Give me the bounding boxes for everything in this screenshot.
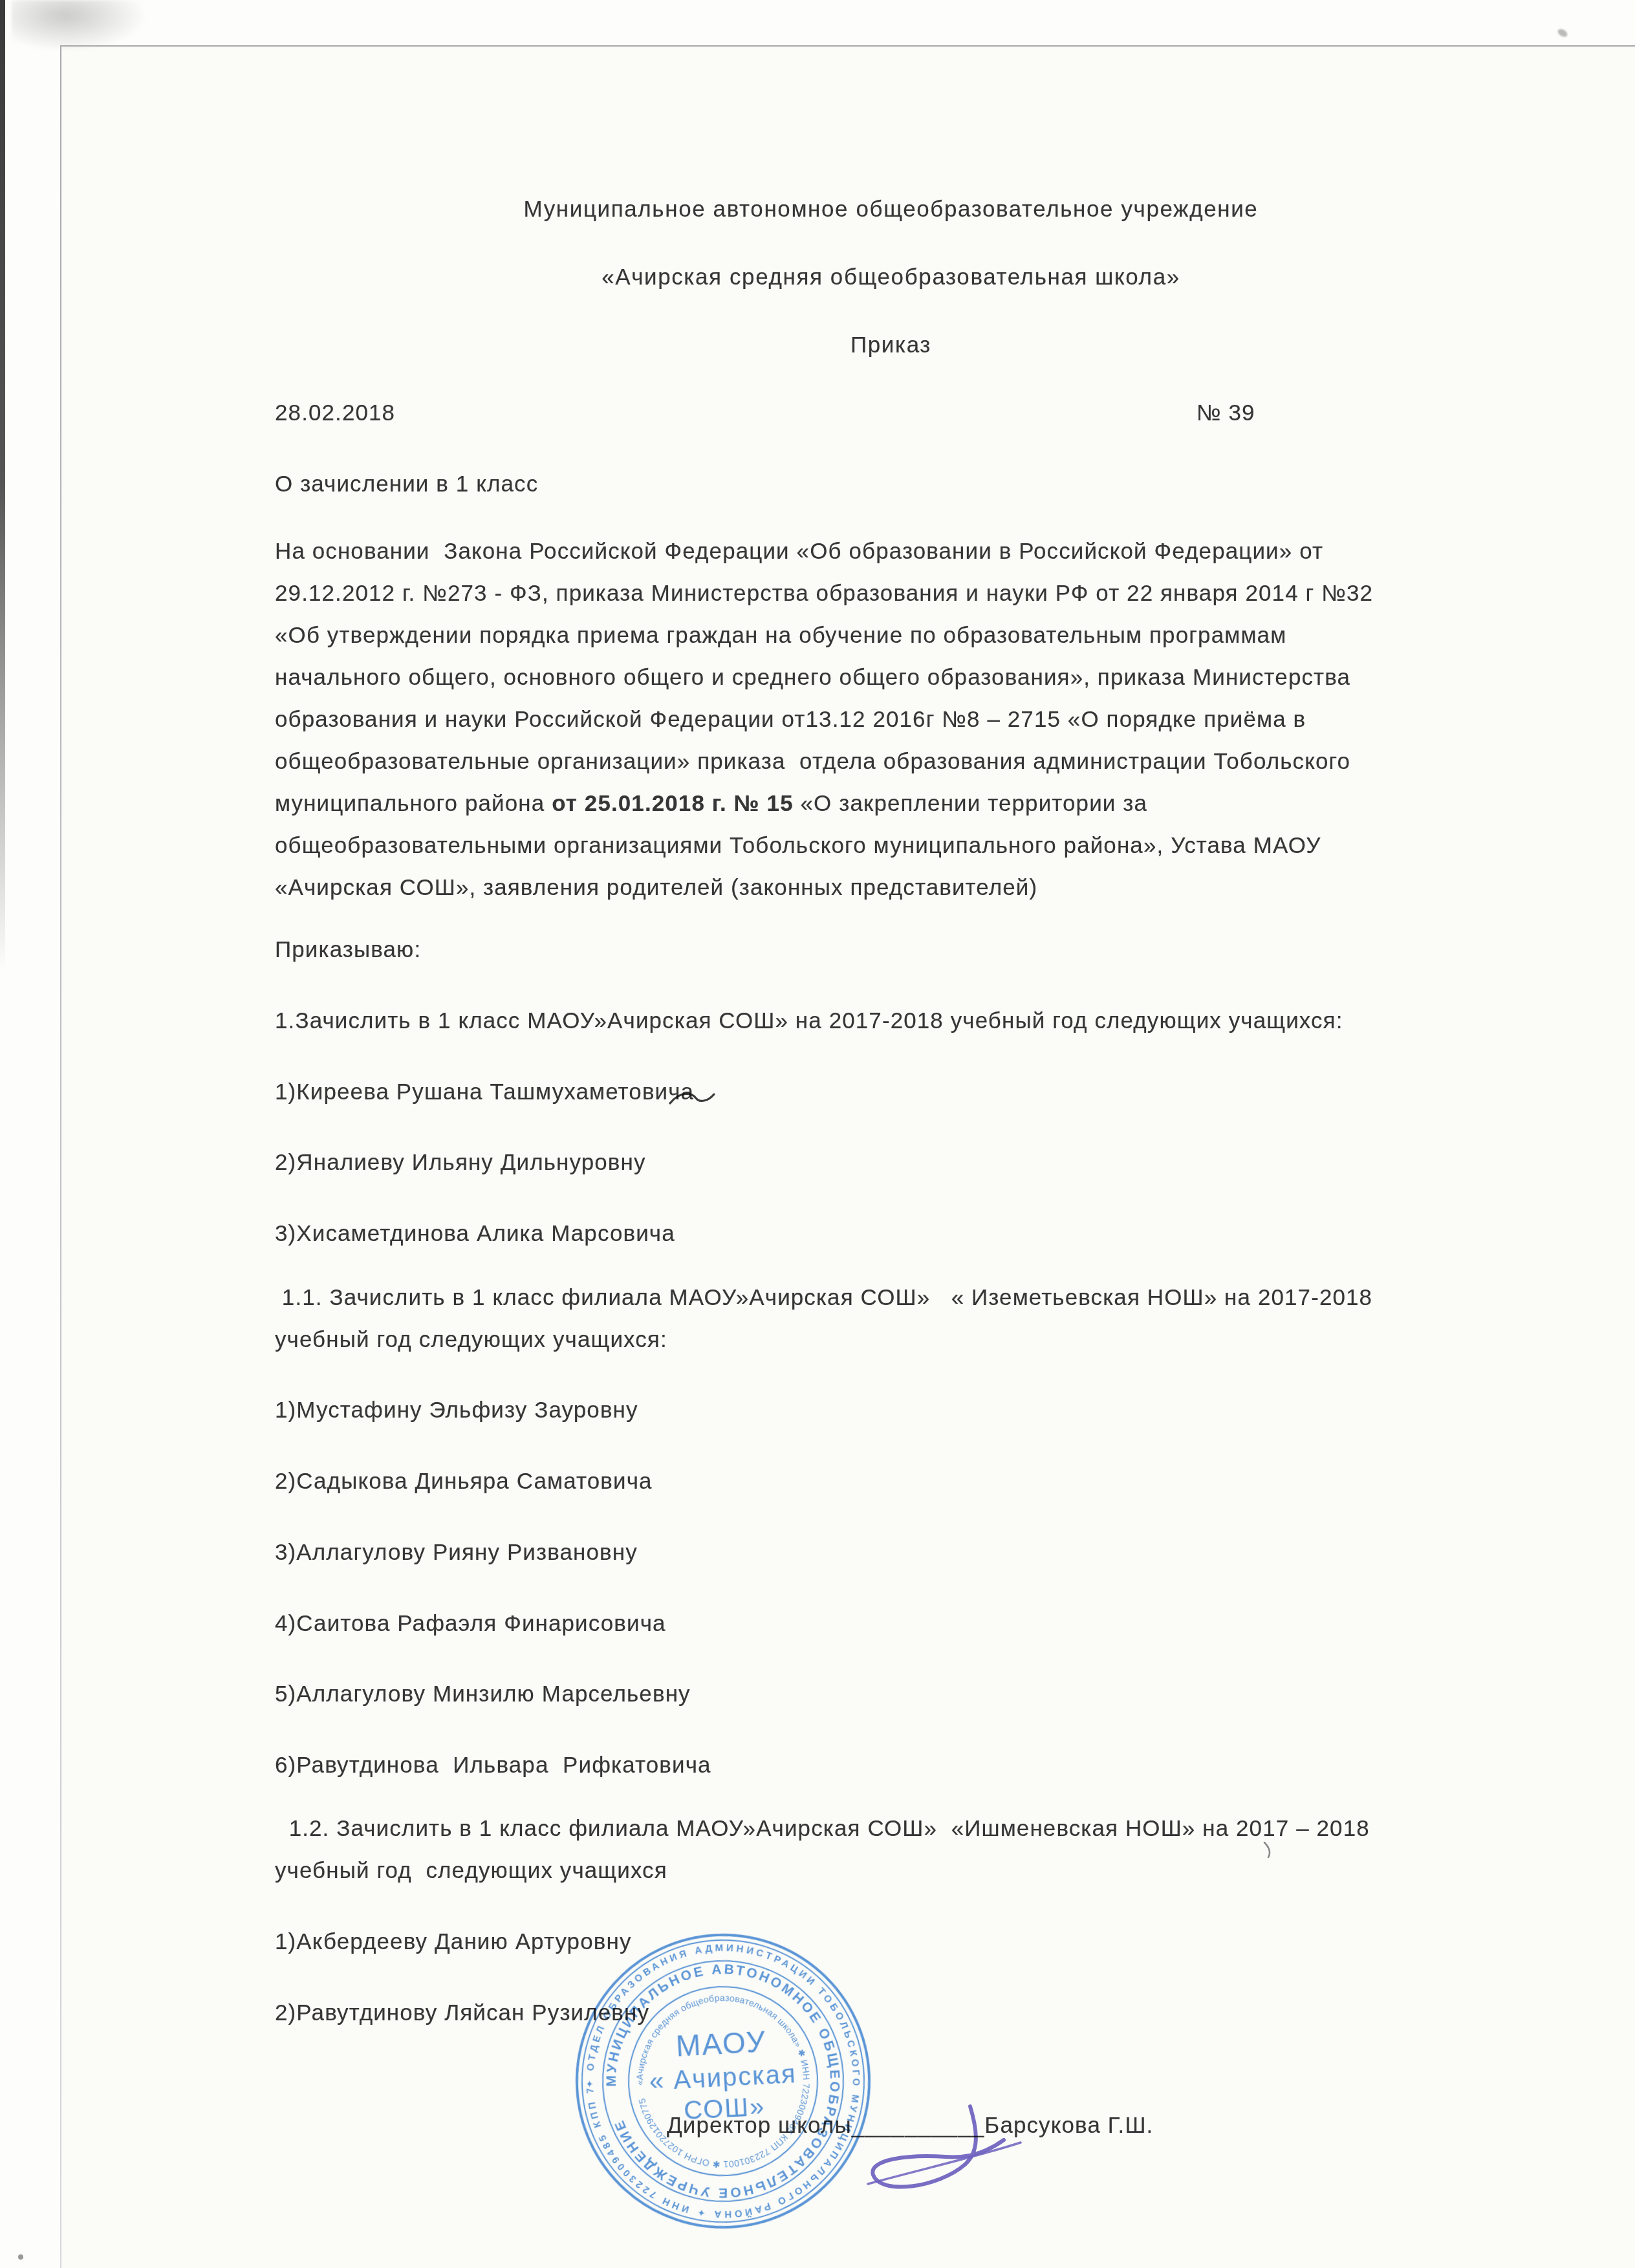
section1-2-heading-line2: учебный год следующих учащихся bbox=[275, 1857, 667, 1885]
preamble-line-with-bold: муниципального района от 25.01.2018 г. №… bbox=[275, 783, 1562, 825]
preamble-text: «О закреплении территории за bbox=[794, 791, 1147, 816]
pen-mark-stroke bbox=[1264, 1842, 1270, 1857]
preamble-line: начального общего, основного общего и ср… bbox=[275, 656, 1562, 698]
student-item: 2)Садыкова Диньяра Саматовича bbox=[275, 1467, 653, 1496]
stamp-center-line2: « Ачирская bbox=[649, 2060, 797, 2096]
document-type-title: Приказ bbox=[275, 331, 1507, 360]
stamp-center-line1: МАОУ bbox=[675, 2024, 768, 2062]
preamble-line: образования и науки Российской Федерации… bbox=[275, 698, 1562, 740]
section1-heading: 1.Зачислить в 1 класс МАОУ»Ачирская СОШ»… bbox=[275, 1007, 1343, 1035]
student-item: 1)Киреева Рушана Ташмухаметовича bbox=[275, 1078, 694, 1107]
director-signature-stroke bbox=[776, 2092, 1035, 2215]
signature-main-loop bbox=[872, 2106, 1004, 2187]
order-number: № 39 bbox=[1196, 399, 1255, 427]
scan-speck bbox=[18, 2254, 23, 2260]
student-item: 5)Аллагулову Минзилю Марсельевну bbox=[275, 1680, 691, 1709]
preamble-line: 29.12.2012 г. №273 - ФЗ, приказа Министе… bbox=[275, 572, 1562, 614]
order-subject: О зачислении в 1 класс bbox=[275, 470, 538, 499]
scan-edge-artifact bbox=[0, 0, 5, 970]
student-item: 3)Аллагулову Рияну Ризвановну bbox=[275, 1539, 638, 1567]
school-name-line: «Ачирская средняя общеобразовательная шк… bbox=[275, 263, 1507, 292]
preamble-line: общеобразовательные организации» приказа… bbox=[275, 740, 1562, 783]
section1-1-heading-line1: 1.1. Зачислить в 1 класс филиала МАОУ»Ач… bbox=[275, 1284, 1372, 1312]
pen-mark bbox=[666, 1086, 719, 1110]
resolution-word: Приказываю: bbox=[275, 936, 421, 964]
preamble-bold-reference: от 25.01.2018 г. № 15 bbox=[552, 791, 794, 816]
preamble-paragraph: На основании Закона Российской Федерации… bbox=[275, 530, 1562, 909]
pen-mark bbox=[1261, 1840, 1277, 1861]
preamble-line: На основании Закона Российской Федерации… bbox=[275, 530, 1562, 572]
scanned-order-document: Муниципальное автономное общеобразовател… bbox=[0, 0, 1635, 2268]
student-item: 4)Саитова Рафаэля Финарисовича bbox=[275, 1610, 666, 1638]
student-item: 1)Мустафину Эльфизу Зауровну bbox=[275, 1396, 638, 1425]
preamble-line: «Ачирская СОШ», заявления родителей (зак… bbox=[275, 867, 1562, 909]
order-date: 28.02.2018 bbox=[275, 399, 395, 427]
section1-2-heading-line1: 1.2. Зачислить в 1 класс филиала МАОУ»Ач… bbox=[275, 1815, 1370, 1843]
student-item: 2)Яналиеву Ильяну Дильнуровну bbox=[275, 1149, 646, 1177]
section1-1-heading-line2: учебный год следующих учащихся: bbox=[275, 1326, 667, 1354]
preamble-text: муниципального района bbox=[275, 791, 552, 816]
scan-smudge-artifact bbox=[12, 0, 147, 52]
paper-edge-top bbox=[60, 45, 1635, 47]
scan-speck bbox=[1557, 28, 1569, 39]
preamble-line: «Об утверждении порядка приема граждан н… bbox=[275, 614, 1562, 656]
signature-ink-group bbox=[868, 2106, 1021, 2187]
student-item: 3)Хисаметдинова Алика Марсовича bbox=[275, 1220, 675, 1248]
preamble-line: общеобразовательными организациями Тобол… bbox=[275, 825, 1562, 867]
pen-mark-stroke bbox=[670, 1094, 714, 1103]
stamp-center-line3: СОШ» bbox=[683, 2093, 766, 2126]
org-name-line: Муниципальное автономное общеобразовател… bbox=[275, 195, 1507, 224]
paper-edge-left bbox=[60, 45, 61, 2268]
student-item: 6)Равутдинова Ильвара Рифкатовича bbox=[275, 1751, 711, 1780]
